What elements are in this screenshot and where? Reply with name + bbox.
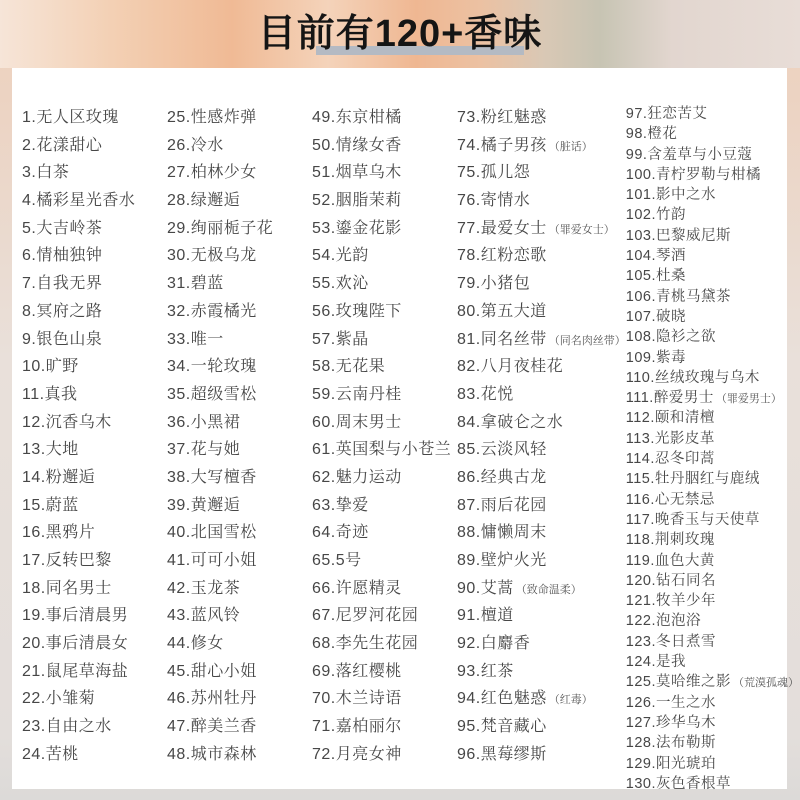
fragrance-name: 53.鎏金花影 xyxy=(312,220,402,237)
fragrance-name: 98.橙花 xyxy=(626,126,678,142)
fragrance-name: 29.绚丽栀子花 xyxy=(167,220,273,237)
fragrance-alias-note: （脏话） xyxy=(549,141,593,153)
list-item: 99.含羞草与小豆蔻 xyxy=(626,145,799,165)
fragrance-alias-note: （荒漠孤魂） xyxy=(733,677,799,689)
fragrance-name: 95.梵音藏心 xyxy=(457,718,547,735)
fragrance-name: 101.影中之水 xyxy=(626,187,716,203)
list-item: 30.无极乌龙 xyxy=(167,242,312,270)
fragrance-name: 41.可可小姐 xyxy=(167,552,257,569)
list-item: 123.冬日煮雪 xyxy=(626,632,799,652)
list-item: 16.黑鸦片 xyxy=(22,519,167,547)
fragrance-name: 39.黄邂逅 xyxy=(167,497,240,514)
fragrance-name: 28.绿邂逅 xyxy=(167,192,240,209)
list-item: 72.月亮女神 xyxy=(312,741,457,769)
fragrance-name: 126.一生之水 xyxy=(626,695,716,711)
list-item: 3.白茶 xyxy=(22,159,167,187)
fragrance-name: 45.甜心小姐 xyxy=(167,663,257,680)
list-item: 124.是我 xyxy=(626,652,799,672)
fragrance-name: 16.黑鸦片 xyxy=(22,524,95,541)
fragrance-name: 18.同名男士 xyxy=(22,580,112,597)
list-item: 55.欢沁 xyxy=(312,270,457,298)
fragrance-name: 60.周末男士 xyxy=(312,414,402,431)
list-item: 79.小猪包 xyxy=(457,270,626,298)
fragrance-name: 111.醉爱男士 xyxy=(626,390,714,406)
list-item: 17.反转巴黎 xyxy=(22,547,167,575)
fragrance-name: 55.欢沁 xyxy=(312,275,369,292)
fragrance-name: 86.经典古龙 xyxy=(457,469,547,486)
list-item: 93.红茶 xyxy=(457,658,626,686)
list-item: 117.晚香玉与天使草 xyxy=(626,510,799,530)
fragrance-name: 56.玫瑰陛下 xyxy=(312,303,402,320)
fragrance-name: 77.最爱女士 xyxy=(457,220,547,237)
fragrance-name: 87.雨后花园 xyxy=(457,497,547,514)
fragrance-name: 47.醉美兰香 xyxy=(167,718,257,735)
fragrance-name: 129.阳光琥珀 xyxy=(626,756,716,772)
list-item: 90.艾蒿（致命温柔） xyxy=(457,575,626,603)
fragrance-name: 49.东京柑橘 xyxy=(312,109,402,126)
list-item: 14.粉邂逅 xyxy=(22,464,167,492)
fragrance-name: 38.大写檀香 xyxy=(167,469,257,486)
fragrance-name: 82.八月夜桂花 xyxy=(457,358,563,375)
fragrance-name: 34.一轮玫瑰 xyxy=(167,358,257,375)
fragrance-name: 23.自由之水 xyxy=(22,718,112,735)
fragrance-name: 114.忍冬印蒿 xyxy=(626,451,715,467)
list-item: 98.橙花 xyxy=(626,124,799,144)
list-item: 22.小雏菊 xyxy=(22,685,167,713)
list-item: 86.经典古龙 xyxy=(457,464,626,492)
list-item: 10.旷野 xyxy=(22,353,167,381)
fragrance-name: 123.冬日煮雪 xyxy=(626,634,716,650)
fragrance-name: 71.嘉柏丽尔 xyxy=(312,718,402,735)
list-item: 36.小黑裙 xyxy=(167,409,312,437)
list-column-4: 73.粉红魅惑74.橘子男孩（脏话）75.孤儿怨76.寄情水77.最爱女士（罪爱… xyxy=(457,104,626,789)
list-item: 113.光影皮革 xyxy=(626,429,799,449)
list-item: 52.胭脂茉莉 xyxy=(312,187,457,215)
list-item: 25.性感炸弹 xyxy=(167,104,312,132)
fragrance-name: 26.冷水 xyxy=(167,137,224,154)
list-column-1: 1.无人区玫瑰2.花漾甜心3.白茶4.橘彩星光香水5.大吉岭茶6.情柚独钟7.自… xyxy=(22,104,167,789)
list-item: 92.白麝香 xyxy=(457,630,626,658)
fragrance-name: 70.木兰诗语 xyxy=(312,690,402,707)
fragrance-name: 63.挚爱 xyxy=(312,497,369,514)
list-item: 6.情柚独钟 xyxy=(22,242,167,270)
fragrance-name: 109.紫毒 xyxy=(626,350,686,366)
fragrance-name: 79.小猪包 xyxy=(457,275,530,292)
fragrance-name: 52.胭脂茉莉 xyxy=(312,192,402,209)
list-item: 91.檀道 xyxy=(457,602,626,630)
fragrance-list-panel: 1.无人区玫瑰2.花漾甜心3.白茶4.橘彩星光香水5.大吉岭茶6.情柚独钟7.自… xyxy=(12,68,787,789)
fragrance-alias-note: （同名肉丝带） xyxy=(549,335,626,347)
list-item: 33.唯一 xyxy=(167,326,312,354)
list-item: 77.最爱女士（罪爱女士） xyxy=(457,215,626,243)
fragrance-name: 42.玉龙茶 xyxy=(167,580,240,597)
list-item: 23.自由之水 xyxy=(22,713,167,741)
fragrance-name: 43.蓝风铃 xyxy=(167,607,240,624)
list-column-2: 25.性感炸弹26.冷水27.柏林少女28.绿邂逅29.绚丽栀子花30.无极乌龙… xyxy=(167,104,312,789)
list-item: 80.第五大道 xyxy=(457,298,626,326)
list-item: 61.英国梨与小苍兰 xyxy=(312,436,457,464)
fragrance-name: 35.超级雪松 xyxy=(167,386,257,403)
list-item: 18.同名男士 xyxy=(22,575,167,603)
fragrance-name: 110.丝绒玫瑰与乌木 xyxy=(626,370,760,386)
list-item: 96.黑莓缪斯 xyxy=(457,741,626,769)
list-item: 62.魅力运动 xyxy=(312,464,457,492)
list-item: 68.李先生花园 xyxy=(312,630,457,658)
fragrance-name: 72.月亮女神 xyxy=(312,746,402,763)
list-item: 112.颐和清檀 xyxy=(626,408,799,428)
list-item: 11.真我 xyxy=(22,381,167,409)
fragrance-name: 97.狂恋苦艾 xyxy=(626,106,708,122)
list-item: 109.紫毒 xyxy=(626,348,799,368)
list-item: 45.甜心小姐 xyxy=(167,658,312,686)
list-item: 38.大写檀香 xyxy=(167,464,312,492)
fragrance-name: 89.壁炉火光 xyxy=(457,552,547,569)
list-item: 104.琴酒 xyxy=(626,246,799,266)
fragrance-name: 15.蔚蓝 xyxy=(22,497,79,514)
fragrance-name: 62.魅力运动 xyxy=(312,469,402,486)
fragrance-name: 85.云淡风轻 xyxy=(457,441,547,458)
list-item: 101.影中之水 xyxy=(626,185,799,205)
list-item: 41.可可小姐 xyxy=(167,547,312,575)
list-item: 105.杜桑 xyxy=(626,266,799,286)
list-item: 85.云淡风轻 xyxy=(457,436,626,464)
list-item: 49.东京柑橘 xyxy=(312,104,457,132)
fragrance-name: 61.英国梨与小苍兰 xyxy=(312,441,451,458)
list-column-3: 49.东京柑橘50.情缘女香51.烟草乌木52.胭脂茉莉53.鎏金花影54.光韵… xyxy=(312,104,457,789)
fragrance-name: 51.烟草乌木 xyxy=(312,164,402,181)
list-item: 78.红粉恋歌 xyxy=(457,242,626,270)
fragrance-name: 2.花漾甜心 xyxy=(22,137,102,154)
list-item: 100.青柠罗勒与柑橘 xyxy=(626,165,799,185)
fragrance-list: 1.无人区玫瑰2.花漾甜心3.白茶4.橘彩星光香水5.大吉岭茶6.情柚独钟7.自… xyxy=(12,68,787,789)
list-item: 130.灰色香根草 xyxy=(626,774,799,794)
list-item: 34.一轮玫瑰 xyxy=(167,353,312,381)
fragrance-name: 25.性感炸弹 xyxy=(167,109,257,126)
fragrance-name: 107.破晓 xyxy=(626,309,686,325)
fragrance-name: 37.花与她 xyxy=(167,441,240,458)
fragrance-name: 67.尼罗河花园 xyxy=(312,607,418,624)
list-item: 59.云南丹桂 xyxy=(312,381,457,409)
list-item: 125.莫哈维之影（荒漠孤魂） xyxy=(626,672,799,692)
fragrance-name: 17.反转巴黎 xyxy=(22,552,112,569)
fragrance-name: 21.鼠尾草海盐 xyxy=(22,663,128,680)
list-item: 13.大地 xyxy=(22,436,167,464)
list-item: 75.孤儿怨 xyxy=(457,159,626,187)
fragrance-alias-note: （罪爱女士） xyxy=(549,224,615,236)
fragrance-name: 93.红茶 xyxy=(457,663,514,680)
list-item: 27.柏林少女 xyxy=(167,159,312,187)
list-item: 37.花与她 xyxy=(167,436,312,464)
fragrance-name: 10.旷野 xyxy=(22,358,79,375)
fragrance-alias-note: （罪爱男士） xyxy=(716,393,782,405)
list-item: 81.同名丝带（同名肉丝带） xyxy=(457,326,626,354)
list-item: 126.一生之水 xyxy=(626,693,799,713)
list-item: 2.花漾甜心 xyxy=(22,132,167,160)
fragrance-name: 90.艾蒿 xyxy=(457,580,514,597)
list-item: 63.挚爱 xyxy=(312,492,457,520)
list-item: 56.玫瑰陛下 xyxy=(312,298,457,326)
fragrance-name: 30.无极乌龙 xyxy=(167,247,257,264)
fragrance-name: 91.檀道 xyxy=(457,607,514,624)
list-item: 9.银色山泉 xyxy=(22,326,167,354)
list-item: 114.忍冬印蒿 xyxy=(626,449,799,469)
fragrance-name: 12.沉香乌木 xyxy=(22,414,112,431)
fragrance-name: 69.落红樱桃 xyxy=(312,663,402,680)
fragrance-name: 76.寄情水 xyxy=(457,192,530,209)
list-item: 129.阳光琥珀 xyxy=(626,754,799,774)
list-item: 50.情缘女香 xyxy=(312,132,457,160)
list-item: 7.自我无界 xyxy=(22,270,167,298)
fragrance-name: 1.无人区玫瑰 xyxy=(22,109,119,126)
fragrance-name: 11.真我 xyxy=(22,386,78,403)
list-item: 19.事后清晨男 xyxy=(22,602,167,630)
list-item: 102.竹韵 xyxy=(626,205,799,225)
list-item: 84.拿破仑之水 xyxy=(457,409,626,437)
fragrance-name: 48.城市森林 xyxy=(167,746,257,763)
fragrance-name: 118.荆刺玫瑰 xyxy=(626,532,715,548)
list-item: 32.赤霞橘光 xyxy=(167,298,312,326)
list-item: 73.粉红魅惑 xyxy=(457,104,626,132)
list-item: 118.荆刺玫瑰 xyxy=(626,530,799,550)
list-item: 53.鎏金花影 xyxy=(312,215,457,243)
fragrance-name: 119.血色大黄 xyxy=(626,553,715,569)
list-item: 95.梵音藏心 xyxy=(457,713,626,741)
list-item: 58.无花果 xyxy=(312,353,457,381)
fragrance-name: 117.晚香玉与天使草 xyxy=(626,512,760,528)
list-item: 127.珍华乌木 xyxy=(626,713,799,733)
fragrance-name: 66.许愿精灵 xyxy=(312,580,402,597)
list-item: 31.碧蓝 xyxy=(167,270,312,298)
list-item: 46.苏州牡丹 xyxy=(167,685,312,713)
list-item: 107.破晓 xyxy=(626,307,799,327)
fragrance-name: 7.自我无界 xyxy=(22,275,102,292)
fragrance-name: 78.红粉恋歌 xyxy=(457,247,547,264)
fragrance-name: 50.情缘女香 xyxy=(312,137,402,154)
list-item: 44.修女 xyxy=(167,630,312,658)
list-item: 4.橘彩星光香水 xyxy=(22,187,167,215)
fragrance-name: 99.含羞草与小豆蔻 xyxy=(626,147,753,163)
list-item: 97.狂恋苦艾 xyxy=(626,104,799,124)
fragrance-name: 113.光影皮革 xyxy=(626,431,715,447)
fragrance-name: 68.李先生花园 xyxy=(312,635,418,652)
list-item: 67.尼罗河花园 xyxy=(312,602,457,630)
list-item: 54.光韵 xyxy=(312,242,457,270)
list-item: 29.绚丽栀子花 xyxy=(167,215,312,243)
fragrance-name: 4.橘彩星光香水 xyxy=(22,192,135,209)
title-wrap: 目前有120+香味 xyxy=(258,12,543,58)
fragrance-name: 3.白茶 xyxy=(22,164,69,181)
list-item: 51.烟草乌木 xyxy=(312,159,457,187)
list-item: 122.泡泡浴 xyxy=(626,611,799,631)
fragrance-name: 103.巴黎威尼斯 xyxy=(626,228,731,244)
fragrance-name: 65.5号 xyxy=(312,552,362,569)
list-item: 88.慵懒周末 xyxy=(457,519,626,547)
fragrance-name: 112.颐和清檀 xyxy=(626,410,715,426)
fragrance-name: 46.苏州牡丹 xyxy=(167,690,257,707)
fragrance-name: 31.碧蓝 xyxy=(167,275,224,292)
list-item: 26.冷水 xyxy=(167,132,312,160)
list-item: 89.壁炉火光 xyxy=(457,547,626,575)
list-item: 116.心无禁忌 xyxy=(626,490,799,510)
fragrance-name: 94.红色魅惑 xyxy=(457,690,547,707)
fragrance-name: 5.大吉岭茶 xyxy=(22,220,102,237)
fragrance-name: 88.慵懒周末 xyxy=(457,524,547,541)
list-item: 66.许愿精灵 xyxy=(312,575,457,603)
list-item: 65.5号 xyxy=(312,547,457,575)
list-item: 42.玉龙茶 xyxy=(167,575,312,603)
list-item: 120.钻石同名 xyxy=(626,571,799,591)
fragrance-name: 128.法布勒斯 xyxy=(626,735,716,751)
list-item: 70.木兰诗语 xyxy=(312,685,457,713)
fragrance-name: 105.杜桑 xyxy=(626,268,686,284)
fragrance-name: 19.事后清晨男 xyxy=(22,607,128,624)
list-item: 76.寄情水 xyxy=(457,187,626,215)
list-item: 64.奇迹 xyxy=(312,519,457,547)
fragrance-name: 96.黑莓缪斯 xyxy=(457,746,547,763)
list-item: 40.北国雪松 xyxy=(167,519,312,547)
fragrance-name: 106.青桃马黛茶 xyxy=(626,289,731,305)
list-item: 43.蓝风铃 xyxy=(167,602,312,630)
fragrance-name: 127.珍华乌木 xyxy=(626,715,716,731)
fragrance-name: 44.修女 xyxy=(167,635,224,652)
list-item: 15.蔚蓝 xyxy=(22,492,167,520)
list-item: 87.雨后花园 xyxy=(457,492,626,520)
list-item: 24.苦桃 xyxy=(22,741,167,769)
fragrance-name: 102.竹韵 xyxy=(626,207,686,223)
fragrance-name: 13.大地 xyxy=(22,441,79,458)
fragrance-name: 9.银色山泉 xyxy=(22,331,102,348)
list-item: 128.法布勒斯 xyxy=(626,733,799,753)
fragrance-name: 130.灰色香根草 xyxy=(626,776,731,792)
fragrance-name: 108.隐衫之欲 xyxy=(626,329,716,345)
list-item: 20.事后清晨女 xyxy=(22,630,167,658)
list-item: 12.沉香乌木 xyxy=(22,409,167,437)
list-item: 74.橘子男孩（脏话） xyxy=(457,132,626,160)
fragrance-name: 104.琴酒 xyxy=(626,248,686,264)
fragrance-name: 80.第五大道 xyxy=(457,303,547,320)
list-item: 5.大吉岭茶 xyxy=(22,215,167,243)
fragrance-name: 59.云南丹桂 xyxy=(312,386,402,403)
fragrance-name: 120.钻石同名 xyxy=(626,573,716,589)
fragrance-name: 27.柏林少女 xyxy=(167,164,257,181)
fragrance-name: 73.粉红魅惑 xyxy=(457,109,547,126)
list-item: 8.冥府之路 xyxy=(22,298,167,326)
list-item: 121.牧羊少年 xyxy=(626,591,799,611)
fragrance-name: 124.是我 xyxy=(626,654,686,670)
list-item: 83.花悦 xyxy=(457,381,626,409)
fragrance-name: 22.小雏菊 xyxy=(22,690,95,707)
fragrance-name: 74.橘子男孩 xyxy=(457,137,547,154)
list-item: 108.隐衫之欲 xyxy=(626,327,799,347)
list-item: 35.超级雪松 xyxy=(167,381,312,409)
list-item: 111.醉爱男士（罪爱男士） xyxy=(626,388,799,408)
list-item: 103.巴黎威尼斯 xyxy=(626,226,799,246)
fragrance-name: 115.牡丹胭红与鹿绒 xyxy=(626,471,760,487)
fragrance-name: 64.奇迹 xyxy=(312,524,369,541)
list-item: 69.落红樱桃 xyxy=(312,658,457,686)
fragrance-name: 6.情柚独钟 xyxy=(22,247,102,264)
list-item: 47.醉美兰香 xyxy=(167,713,312,741)
fragrance-name: 24.苦桃 xyxy=(22,746,79,763)
list-item: 94.红色魅惑（红毒） xyxy=(457,685,626,713)
fragrance-name: 122.泡泡浴 xyxy=(626,613,701,629)
fragrance-name: 121.牧羊少年 xyxy=(626,593,716,609)
fragrance-name: 116.心无禁忌 xyxy=(626,492,715,508)
list-item: 106.青桃马黛茶 xyxy=(626,287,799,307)
fragrance-name: 81.同名丝带 xyxy=(457,331,547,348)
list-item: 21.鼠尾草海盐 xyxy=(22,658,167,686)
list-item: 115.牡丹胭红与鹿绒 xyxy=(626,469,799,489)
fragrance-name: 100.青柠罗勒与柑橘 xyxy=(626,167,761,183)
list-item: 60.周末男士 xyxy=(312,409,457,437)
fragrance-name: 8.冥府之路 xyxy=(22,303,102,320)
list-item: 119.血色大黄 xyxy=(626,551,799,571)
list-item: 39.黄邂逅 xyxy=(167,492,312,520)
fragrance-name: 57.紫晶 xyxy=(312,331,369,348)
fragrance-alias-note: （致命温柔） xyxy=(516,584,582,596)
fragrance-name: 125.莫哈维之影 xyxy=(626,674,731,690)
fragrance-alias-note: （红毒） xyxy=(549,694,593,706)
fragrance-name: 75.孤儿怨 xyxy=(457,164,530,181)
fragrance-name: 83.花悦 xyxy=(457,386,514,403)
page-title: 目前有120+香味 xyxy=(258,12,543,58)
list-item: 110.丝绒玫瑰与乌木 xyxy=(626,368,799,388)
list-column-5: 97.狂恋苦艾98.橙花99.含羞草与小豆蔻100.青柠罗勒与柑橘101.影中之… xyxy=(626,104,799,789)
fragrance-name: 20.事后清晨女 xyxy=(22,635,128,652)
header: 目前有120+香味 xyxy=(0,0,800,68)
fragrance-name: 58.无花果 xyxy=(312,358,385,375)
fragrance-name: 92.白麝香 xyxy=(457,635,530,652)
fragrance-name: 84.拿破仑之水 xyxy=(457,414,563,431)
fragrance-name: 32.赤霞橘光 xyxy=(167,303,257,320)
list-item: 82.八月夜桂花 xyxy=(457,353,626,381)
fragrance-name: 40.北国雪松 xyxy=(167,524,257,541)
fragrance-name: 33.唯一 xyxy=(167,331,224,348)
list-item: 48.城市森林 xyxy=(167,741,312,769)
fragrance-name: 14.粉邂逅 xyxy=(22,469,95,486)
fragrance-name: 54.光韵 xyxy=(312,247,369,264)
list-item: 28.绿邂逅 xyxy=(167,187,312,215)
list-item: 1.无人区玫瑰 xyxy=(22,104,167,132)
list-item: 71.嘉柏丽尔 xyxy=(312,713,457,741)
fragrance-name: 36.小黑裙 xyxy=(167,414,240,431)
list-item: 57.紫晶 xyxy=(312,326,457,354)
